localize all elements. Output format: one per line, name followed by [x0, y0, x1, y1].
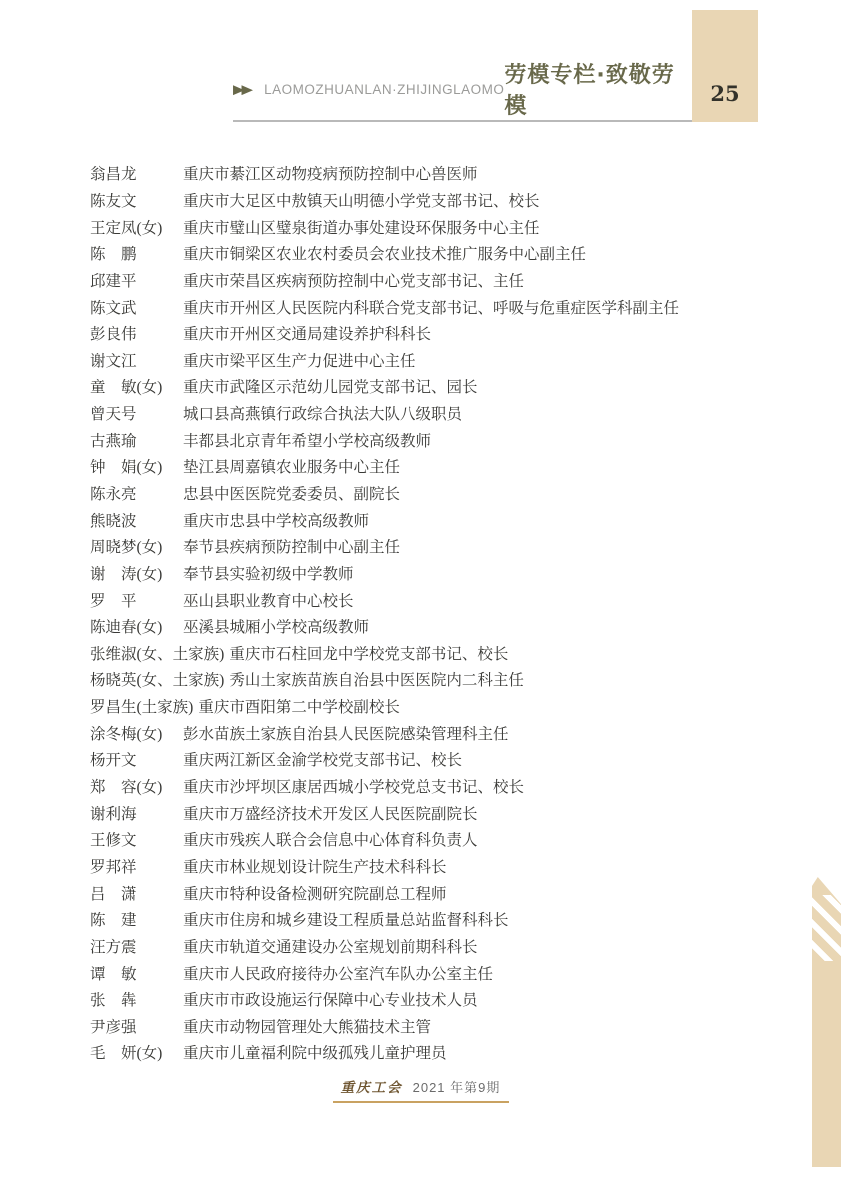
laureate-title: 垫江县周嘉镇农业服务中心主任	[183, 455, 400, 477]
laureate-title: 奉节县疾病预防控制中心副主任	[183, 535, 400, 557]
page-number-block: 25	[692, 10, 758, 122]
laureate-name: 汪方震	[90, 935, 178, 957]
laureate-name: 陈永亮	[90, 482, 178, 504]
laureate-row: 彭良伟 重庆市开州区交通局建设养护科科长	[90, 320, 790, 347]
laureate-list: 翁昌龙 重庆市綦江区动物疫病预防控制中心兽医师 陈友文 重庆市大足区中敖镇天山明…	[90, 160, 790, 1066]
laureate-name: 罗 平	[90, 589, 178, 611]
laureate-row: 尹彦强 重庆市动物园管理处大熊猫技术主管	[90, 1013, 790, 1040]
laureate-name: 杨晓英(女、土家族)	[90, 668, 224, 690]
laureate-row: 钟 娟(女) 垫江县周嘉镇农业服务中心主任	[90, 453, 790, 480]
laureate-title: 重庆市万盛经济技术开发区人民医院副院长	[183, 802, 478, 824]
magazine-logo: 重庆工会	[341, 1080, 403, 1096]
corner-stripe-decoration	[812, 877, 841, 1167]
laureate-row: 谢文江 重庆市梁平区生产力促进中心主任	[90, 346, 790, 373]
footer-divider	[333, 1101, 509, 1103]
laureate-name: 涂冬梅(女)	[90, 722, 178, 744]
section-title: 劳模专栏·致敬劳模	[504, 58, 692, 120]
laureate-title: 重庆市开州区交通局建设养护科科长	[183, 322, 431, 344]
laureate-row: 童 敏(女) 重庆市武隆区示范幼儿园党支部书记、园长	[90, 373, 790, 400]
laureate-title: 重庆市轨道交通建设办公室规划前期科科长	[183, 935, 478, 957]
laureate-name: 曾天号	[90, 402, 178, 424]
laureate-title: 奉节县实验初级中学教师	[183, 562, 354, 584]
laureate-title: 重庆市酉阳第二中学校副校长	[198, 695, 400, 717]
laureate-name: 张维淑(女、土家族)	[90, 642, 224, 664]
laureate-title: 重庆市綦江区动物疫病预防控制中心兽医师	[183, 162, 478, 184]
laureate-row: 曾天号 城口县高燕镇行政综合执法大队八级职员	[90, 400, 790, 427]
laureate-name: 陈 鹏	[90, 242, 178, 264]
laureate-row: 谢 涛(女) 奉节县实验初级中学教师	[90, 560, 790, 587]
laureate-row: 古燕瑜 丰都县北京青年希望小学校高级教师	[90, 426, 790, 453]
header-divider	[233, 120, 692, 122]
laureate-row: 郑 容(女) 重庆市沙坪坝区康居西城小学校党总支书记、校长	[90, 773, 790, 800]
laureate-row: 涂冬梅(女) 彭水苗族土家族自治县人民医院感染管理科主任	[90, 719, 790, 746]
laureate-title: 重庆市石柱回龙中学校党支部书记、校长	[229, 642, 508, 664]
laureate-title: 丰都县北京青年希望小学校高级教师	[183, 429, 431, 451]
laureate-title: 重庆市荣昌区疾病预防控制中心党支部书记、主任	[183, 269, 524, 291]
laureate-name: 罗邦祥	[90, 855, 178, 877]
header-pinyin-label: LAOMOZHUANLAN·ZHIJINGLAOMO	[264, 82, 504, 97]
laureate-row: 罗昌生(土家族) 重庆市酉阳第二中学校副校长	[90, 693, 790, 720]
laureate-name: 陈迪春(女)	[90, 615, 178, 637]
laureate-title: 重庆市人民政府接待办公室汽车队办公室主任	[183, 962, 493, 984]
laureate-title: 重庆市林业规划设计院生产技术科科长	[183, 855, 447, 877]
laureate-row: 谭 敏 重庆市人民政府接待办公室汽车队办公室主任	[90, 959, 790, 986]
laureate-title: 彭水苗族土家族自治县人民医院感染管理科主任	[183, 722, 509, 744]
laureate-title: 重庆市璧山区璧泉街道办事处建设环保服务中心主任	[183, 216, 540, 238]
laureate-row: 杨开文 重庆两江新区金渝学校党支部书记、校长	[90, 746, 790, 773]
laureate-name: 尹彦强	[90, 1015, 178, 1037]
laureate-name: 张 犇	[90, 988, 178, 1010]
laureate-title: 重庆市大足区中敖镇天山明德小学党支部书记、校长	[183, 189, 540, 211]
laureate-name: 陈文武	[90, 296, 178, 318]
laureate-title: 重庆市特种设备检测研究院副总工程师	[183, 882, 447, 904]
laureate-row: 周晓梦(女) 奉节县疾病预防控制中心副主任	[90, 533, 790, 560]
issue-label: 2021 年第9期	[413, 1080, 501, 1095]
laureate-title: 重庆市儿童福利院中级孤残儿童护理员	[183, 1041, 447, 1063]
laureate-title: 重庆市住房和城乡建设工程质量总站监督科科长	[183, 908, 509, 930]
laureate-name: 谢文江	[90, 349, 178, 371]
laureate-row: 邱建平 重庆市荣昌区疾病预防控制中心党支部书记、主任	[90, 267, 790, 294]
laureate-title: 忠县中医医院党委委员、副院长	[183, 482, 400, 504]
page-footer: 重庆工会 2021 年第9期	[0, 1076, 841, 1103]
laureate-row: 陈文武 重庆市开州区人民医院内科联合党支部书记、呼吸与危重症医学科副主任	[90, 293, 790, 320]
laureate-title: 巫溪县城厢小学校高级教师	[183, 615, 369, 637]
laureate-row: 张 犇 重庆市市政设施运行保障中心专业技术人员	[90, 986, 790, 1013]
laureate-row: 谢利海 重庆市万盛经济技术开发区人民医院副院长	[90, 799, 790, 826]
laureate-name: 童 敏(女)	[90, 375, 178, 397]
laureate-name: 翁昌龙	[90, 162, 178, 184]
laureate-row: 熊晓波 重庆市忠县中学校高级教师	[90, 506, 790, 533]
laureate-name: 杨开文	[90, 748, 178, 770]
laureate-row: 杨晓英(女、土家族) 秀山土家族苗族自治县中医医院内二科主任	[90, 666, 790, 693]
laureate-row: 陈 鹏 重庆市铜梁区农业农村委员会农业技术推广服务中心副主任	[90, 240, 790, 267]
magazine-page: ▶▶ LAOMOZHUANLAN·ZHIJINGLAOMO 劳模专栏·致敬劳模 …	[0, 0, 841, 1189]
laureate-name: 熊晓波	[90, 509, 178, 531]
laureate-row: 罗邦祥 重庆市林业规划设计院生产技术科科长	[90, 853, 790, 880]
laureate-row: 陈 建 重庆市住房和城乡建设工程质量总站监督科科长	[90, 906, 790, 933]
laureate-title: 重庆市沙坪坝区康居西城小学校党总支书记、校长	[183, 775, 524, 797]
laureate-title: 城口县高燕镇行政综合执法大队八级职员	[183, 402, 462, 424]
laureate-row: 王定凤(女) 重庆市璧山区璧泉街道办事处建设环保服务中心主任	[90, 213, 790, 240]
footer-text: 重庆工会 2021 年第9期	[341, 1076, 501, 1097]
laureate-name: 陈友文	[90, 189, 178, 211]
laureate-title: 重庆市武隆区示范幼儿园党支部书记、园长	[183, 375, 478, 397]
laureate-row: 陈永亮 忠县中医医院党委委员、副院长	[90, 480, 790, 507]
page-header: ▶▶ LAOMOZHUANLAN·ZHIJINGLAOMO 劳模专栏·致敬劳模	[233, 74, 692, 104]
laureate-title: 秀山土家族苗族自治县中医医院内二科主任	[229, 668, 524, 690]
laureate-row: 陈迪春(女) 巫溪县城厢小学校高级教师	[90, 613, 790, 640]
double-arrow-icon: ▶▶	[233, 83, 250, 96]
laureate-title: 重庆市动物园管理处大熊猫技术主管	[183, 1015, 431, 1037]
laureate-name: 郑 容(女)	[90, 775, 178, 797]
laureate-row: 毛 妍(女) 重庆市儿童福利院中级孤残儿童护理员	[90, 1039, 790, 1066]
laureate-name: 吕 潇	[90, 882, 178, 904]
laureate-title: 重庆市梁平区生产力促进中心主任	[183, 349, 416, 371]
laureate-name: 古燕瑜	[90, 429, 178, 451]
laureate-row: 罗 平 巫山县职业教育中心校长	[90, 586, 790, 613]
laureate-title: 重庆市铜梁区农业农村委员会农业技术推广服务中心副主任	[183, 242, 586, 264]
laureate-name: 谭 敏	[90, 962, 178, 984]
laureate-name: 周晓梦(女)	[90, 535, 178, 557]
laureate-row: 吕 潇 重庆市特种设备检测研究院副总工程师	[90, 879, 790, 906]
laureate-name: 钟 娟(女)	[90, 455, 178, 477]
laureate-name: 邱建平	[90, 269, 178, 291]
laureate-title: 重庆市开州区人民医院内科联合党支部书记、呼吸与危重症医学科副主任	[183, 296, 679, 318]
laureate-row: 汪方震 重庆市轨道交通建设办公室规划前期科科长	[90, 933, 790, 960]
laureate-name: 谢 涛(女)	[90, 562, 178, 584]
laureate-row: 陈友文 重庆市大足区中敖镇天山明德小学党支部书记、校长	[90, 187, 790, 214]
laureate-name: 谢利海	[90, 802, 178, 824]
laureate-title: 重庆市市政设施运行保障中心专业技术人员	[183, 988, 478, 1010]
laureate-title: 巫山县职业教育中心校长	[183, 589, 354, 611]
laureate-title: 重庆两江新区金渝学校党支部书记、校长	[183, 748, 462, 770]
laureate-name: 王定凤(女)	[90, 216, 178, 238]
laureate-row: 王修文 重庆市残疾人联合会信息中心体育科负责人	[90, 826, 790, 853]
page-number: 25	[692, 81, 758, 106]
laureate-name: 王修文	[90, 828, 178, 850]
laureate-name: 罗昌生(土家族)	[90, 695, 193, 717]
laureate-title: 重庆市忠县中学校高级教师	[183, 509, 369, 531]
laureate-name: 彭良伟	[90, 322, 178, 344]
laureate-row: 张维淑(女、土家族) 重庆市石柱回龙中学校党支部书记、校长	[90, 640, 790, 667]
laureate-name: 陈 建	[90, 908, 178, 930]
laureate-name: 毛 妍(女)	[90, 1041, 178, 1063]
laureate-row: 翁昌龙 重庆市綦江区动物疫病预防控制中心兽医师	[90, 160, 790, 187]
laureate-title: 重庆市残疾人联合会信息中心体育科负责人	[183, 828, 478, 850]
